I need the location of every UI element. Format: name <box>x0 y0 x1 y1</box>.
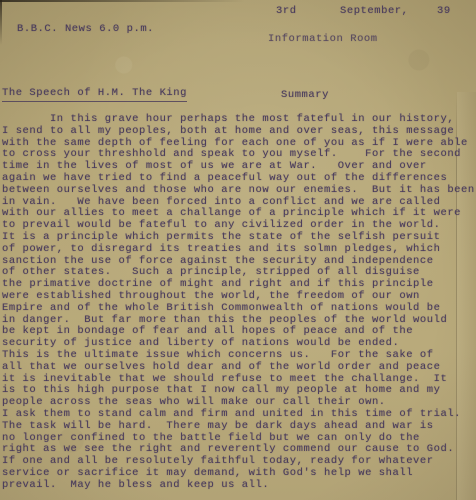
summary-label: Summary <box>281 89 329 101</box>
body-line: The task will be hard. There may be dark… <box>0 421 476 433</box>
body-line: all that we ourselves hold dear and of t… <box>0 362 476 374</box>
department-label: Information Room <box>268 33 378 45</box>
page-edge-top <box>0 0 245 2</box>
body-line: Empire and of the whole British Commonwe… <box>0 303 476 315</box>
page-edge-left <box>0 0 2 45</box>
body-line: I send to all my peoples, both at home a… <box>0 126 476 138</box>
date-year: 39 <box>437 5 451 17</box>
body-line: were established throughout the world, t… <box>0 291 476 303</box>
speech-body: In this grave hour perhaps the most fate… <box>0 114 476 492</box>
body-line: of power, to disregard its treaties and … <box>0 244 476 256</box>
document-page: 3rd September, 39 B.B.C. News 6.0 p.m. I… <box>0 0 476 500</box>
program-title: B.B.C. News 6.0 p.m. <box>17 23 154 35</box>
body-line: It is a principle which permits the stat… <box>0 232 476 244</box>
body-line: between ourselves and those who are now … <box>0 185 476 197</box>
body-line: This is the ultimate issue which concern… <box>0 350 476 362</box>
date-month: September, <box>340 5 409 17</box>
body-line: again we have tried to find a peaceful w… <box>0 173 476 185</box>
body-line: service or sacrifice it may demand, with… <box>0 468 476 480</box>
body-line: I ask them to stand calm and firm and un… <box>0 409 476 421</box>
date-day: 3rd <box>276 5 297 17</box>
speech-title: The Speech of H.M. The King <box>2 87 187 102</box>
body-line: prevail. May he bless and keep us all. <box>0 480 476 492</box>
